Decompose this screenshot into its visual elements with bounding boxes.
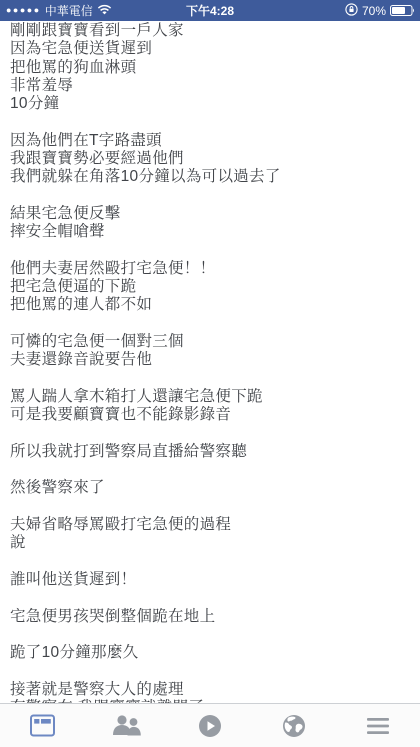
post-line: 他們夫妻居然毆打宅急便！！ bbox=[10, 260, 416, 278]
post-line bbox=[10, 242, 416, 260]
post-line bbox=[10, 315, 416, 333]
rotation-lock-icon bbox=[345, 3, 358, 19]
post-line: 10分鐘 bbox=[10, 95, 416, 113]
tab-bar bbox=[0, 703, 420, 747]
post-line bbox=[10, 187, 416, 205]
signal-strength-dots: ●●●●● bbox=[6, 6, 41, 15]
post-line: 接著就是警察大人的處理 bbox=[10, 681, 416, 699]
post-line bbox=[10, 370, 416, 388]
post-line: 把宅急便逼的下跪 bbox=[10, 278, 416, 296]
post-line bbox=[10, 498, 416, 516]
tab-notifications[interactable] bbox=[252, 704, 336, 747]
tab-menu[interactable] bbox=[336, 704, 420, 747]
post-line bbox=[10, 425, 416, 443]
tab-news-feed[interactable] bbox=[0, 704, 84, 747]
post-line: 夫妻還錄音說要告他 bbox=[10, 351, 416, 369]
post-line: 然後警察來了 bbox=[10, 479, 416, 497]
tab-friend-requests[interactable] bbox=[84, 704, 168, 747]
post-line: 跪了10分鐘那麼久 bbox=[10, 644, 416, 662]
hamburger-menu-icon bbox=[366, 717, 390, 735]
news-feed-icon bbox=[30, 714, 55, 737]
post-line bbox=[10, 113, 416, 131]
post-line bbox=[10, 626, 416, 644]
carrier-label: 中華電信 bbox=[45, 2, 93, 19]
post-line: 罵人踹人拿木箱打人還讓宅急便下跪 bbox=[10, 388, 416, 406]
post-line: 因為宅急便送貨遲到 bbox=[10, 40, 416, 58]
tab-videos[interactable] bbox=[168, 704, 252, 747]
post-line: 非常羞辱 bbox=[10, 77, 416, 95]
post-line bbox=[10, 553, 416, 571]
post-text: 剛剛跟寶寶看到一戶人家因為宅急便送貨遲到把他罵的狗血淋頭非常羞辱10分鐘 因為他… bbox=[10, 22, 416, 747]
globe-icon bbox=[282, 714, 306, 738]
wifi-icon bbox=[97, 4, 112, 18]
post-line: 說 bbox=[10, 534, 416, 552]
post-line: 把他罵的連人都不如 bbox=[10, 296, 416, 314]
post-line: 我跟寶寶勢必要經過他們 bbox=[10, 150, 416, 168]
post-line bbox=[10, 662, 416, 680]
post-line: 我們就躲在角落10分鐘以為可以過去了 bbox=[10, 168, 416, 186]
post-line: 結果宅急便反擊 bbox=[10, 205, 416, 223]
post-line: 宅急便男孩哭倒整個跪在地上 bbox=[10, 608, 416, 626]
post-line: 誰叫他送貨遲到！ bbox=[10, 571, 416, 589]
post-line: 可憐的宅急便一個對三個 bbox=[10, 333, 416, 351]
status-bar-left: ●●●●● 中華電信 bbox=[0, 2, 112, 19]
post-line: 摔安全帽嗆聲 bbox=[10, 223, 416, 241]
play-circle-icon bbox=[198, 714, 222, 738]
post-line: 剛剛跟寶寶看到一戶人家 bbox=[10, 22, 416, 40]
battery-percent-label: 70% bbox=[362, 4, 386, 18]
post-line: 所以我就打到警察局直播給警察聽 bbox=[10, 443, 416, 461]
post-line: 可是我要顧寶寶也不能錄影錄音 bbox=[10, 406, 416, 424]
post-line bbox=[10, 461, 416, 479]
post-line: 夫婦省略辱罵毆打宅急便的過程 bbox=[10, 516, 416, 534]
battery-icon bbox=[390, 5, 415, 16]
post-line bbox=[10, 589, 416, 607]
facebook-app-screen: ●●●●● 中華電信 下午4:28 70% bbox=[0, 0, 420, 747]
post-line: 把他罵的狗血淋頭 bbox=[10, 59, 416, 77]
status-bar-right: 70% bbox=[345, 3, 420, 19]
post-line: 因為他們在T字路盡頭 bbox=[10, 132, 416, 150]
status-bar: ●●●●● 中華電信 下午4:28 70% bbox=[0, 0, 420, 21]
friends-icon bbox=[111, 714, 142, 737]
